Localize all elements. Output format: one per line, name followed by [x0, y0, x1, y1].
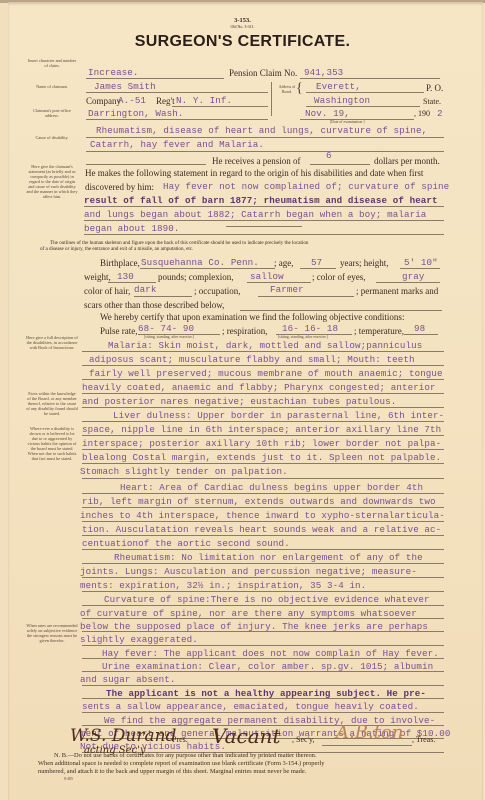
section-divider	[226, 226, 302, 227]
finding-rule	[82, 435, 444, 436]
footer-code: 8-485	[64, 777, 73, 781]
claimant-address-field[interactable]: Darrington, Wash.	[88, 108, 183, 119]
regiment-line	[172, 106, 268, 107]
footer-note-1: N. B.—Do not use backs of certificates f…	[54, 752, 316, 759]
finding-rule	[82, 618, 444, 619]
finding-rule	[82, 591, 444, 592]
claimant-name-line	[86, 92, 268, 93]
years-height-label: years; height,	[340, 258, 389, 268]
margin-note-name: Name of claimant.	[26, 84, 78, 89]
board-city-line	[306, 92, 424, 93]
finding-line[interactable]: centuationof the aortic second sound.	[82, 538, 290, 549]
finding-line[interactable]: Liver dulness: Upper border in parastern…	[113, 410, 444, 421]
skeleton-note-2: of a disease or injury, the entrance and…	[40, 246, 193, 252]
exam-date-caption: [Date of examination.]	[330, 120, 364, 124]
pension-blank-line	[86, 164, 206, 165]
scars-line	[240, 310, 442, 311]
finding-rule	[82, 521, 444, 522]
finding-line[interactable]: joints. Lungs: Ausculation and percussio…	[80, 566, 417, 577]
exam-date-field[interactable]: Nov. 19,	[305, 108, 350, 119]
certify-line: We hereby certify that upon examination …	[100, 312, 404, 322]
pulse-caption: [sitting, standing, after exercise.]	[144, 335, 194, 339]
pension-claim-label: Pension Claim No.	[229, 68, 297, 78]
temperature-field[interactable]: 98	[414, 323, 425, 334]
height-field[interactable]: 5' 10"	[404, 257, 438, 268]
finding-line[interactable]: adiposus scant; musculature flabby and s…	[89, 354, 415, 365]
finding-rule	[82, 577, 444, 578]
complexion-line	[247, 282, 311, 283]
treasurer-signature: A.B.ton	[336, 722, 403, 743]
finding-rule	[82, 393, 444, 394]
scars-label: scars other than those described below,	[84, 300, 224, 310]
board-state-field[interactable]: Washington	[314, 95, 370, 106]
finding-line[interactable]: heavily coated, anaemic and flabby; Phar…	[82, 382, 436, 393]
birthplace-label: Birthplace,	[100, 258, 140, 268]
finding-line[interactable]: Heart: Area of Cardiac dulness begins up…	[120, 482, 423, 493]
hair-label: color of hair,	[84, 286, 130, 296]
pension-claim-line	[300, 78, 440, 79]
margin-note-recommended: When rates are recommended solely on sub…	[26, 623, 78, 643]
temperature-line	[404, 334, 438, 335]
occupation-line	[258, 296, 354, 297]
statement-rule-3	[84, 220, 444, 221]
board-city-field[interactable]: Everett,	[316, 81, 361, 92]
respiration-label: ; respiration,	[222, 326, 268, 336]
margin-note-cause: Cause of disability.	[26, 135, 78, 140]
president-label: Pres.	[172, 735, 188, 744]
finding-rule	[82, 351, 444, 352]
finding-line[interactable]: Rheumatism: No limitation nor enlargemen…	[114, 552, 423, 563]
footer-note-3: numbered, and attach it to the back and …	[38, 768, 306, 775]
header-divider	[271, 82, 272, 116]
finding-rule	[82, 712, 444, 713]
margin-note-facts: Facts within the knowledge of the Board,…	[26, 391, 78, 416]
finding-rule	[82, 631, 444, 632]
complexion-field[interactable]: sallow	[250, 271, 284, 282]
finding-rule	[82, 563, 444, 564]
finding-rule	[82, 407, 444, 408]
address-of-board-label: Address of Board.	[277, 85, 297, 95]
occupation-label: ; occupation,	[194, 286, 241, 296]
company-label: Company	[86, 96, 121, 106]
secretary-signature: Vacant	[212, 724, 281, 748]
hair-field[interactable]: dark	[134, 284, 156, 295]
claimant-name-field[interactable]: James Smith	[94, 81, 156, 92]
finding-rule	[82, 698, 444, 699]
finding-line[interactable]: and posterior nares negative; eustachian…	[82, 396, 396, 407]
occupation-field[interactable]: Farmer	[270, 284, 304, 295]
finding-rule	[82, 449, 444, 450]
finding-line[interactable]: rib, left margin of sternum, extends out…	[82, 496, 436, 507]
finding-rule	[82, 507, 444, 508]
claim-character-field[interactable]: Increase.	[88, 67, 139, 78]
weight-field[interactable]: 130	[117, 271, 134, 282]
brace-left: {	[296, 82, 303, 96]
statement-intro-1: He makes the following statement in rega…	[85, 168, 423, 178]
pension-per-month: dollars per month.	[374, 156, 440, 166]
birthplace-field[interactable]: Susquehanna Co. Penn.	[141, 257, 259, 268]
pension-label: He receives a pension of	[212, 156, 300, 166]
regiment-label: Reg't	[156, 96, 175, 106]
height-line	[400, 268, 440, 269]
board-state-line	[306, 106, 420, 107]
treasurer-label: , Treas.	[412, 735, 435, 744]
finding-rule	[82, 671, 444, 672]
footer-note-2: When additional space is needed to compl…	[38, 760, 324, 767]
weight-line	[108, 282, 156, 283]
eyes-label: ; color of eyes,	[312, 272, 365, 282]
marks-label: ; permanent marks and	[356, 286, 438, 296]
finding-line[interactable]: Curvature of spine:There is no objective…	[104, 594, 430, 605]
claimant-address-line	[86, 119, 268, 120]
finding-line[interactable]: Malaria: Skin moist, dark, mottled and s…	[108, 340, 422, 351]
finding-rule	[82, 605, 444, 606]
finding-rule	[82, 549, 444, 550]
year-prefix: , 190	[414, 109, 430, 118]
cause-line-2[interactable]: Catarrh, hay fever and Malaria.	[90, 139, 264, 150]
age-field[interactable]: 57	[311, 257, 322, 268]
finding-rule	[82, 658, 444, 659]
finding-line[interactable]: slightly exaggerated.	[80, 634, 198, 645]
margin-note-description: Here give a full description of the disa…	[26, 335, 78, 350]
margin-note-vicious-habits: Where ever a disability is shown or is b…	[26, 426, 78, 461]
statement-line-4[interactable]: began about 1890.	[84, 223, 179, 234]
president-signature: W.S. Durand	[70, 726, 176, 746]
hair-line	[134, 296, 192, 297]
finding-line[interactable]: space, nipple line in 6th interspace; an…	[82, 424, 441, 435]
respiration-caption: [sitting, standing, after exercise.]	[278, 335, 328, 339]
page-title: SURGEON'S CERTIFICATE.	[0, 33, 485, 51]
eyes-field[interactable]: gray	[402, 271, 424, 282]
treasurer-line	[322, 745, 412, 746]
age-label: ; age,	[274, 258, 294, 268]
finding-rule	[82, 421, 444, 422]
margin-note-statement: Here give the claimant's statement (as b…	[26, 164, 78, 199]
finding-line[interactable]: and sugar absent.	[80, 674, 175, 685]
regiment-field[interactable]: N. Y. Inf.	[176, 95, 232, 106]
finding-rule	[82, 535, 444, 536]
finding-line[interactable]: sents a sallow appearance, emaciated, to…	[82, 701, 419, 712]
pulse-field[interactable]: 68- 74- 90	[138, 323, 194, 334]
claim-character-line	[86, 78, 224, 79]
statement-rule-4	[84, 234, 444, 235]
margin-note-character: Insert character and number of claim.	[26, 58, 78, 68]
pension-amount[interactable]: 6	[326, 150, 332, 161]
pension-claim-number[interactable]: 941,353	[304, 67, 343, 78]
finding-line[interactable]: interspace; posterior axillary 10th rib;…	[82, 438, 441, 449]
finding-line[interactable]: Stomach slightly tender on palpation.	[80, 466, 288, 477]
finding-line[interactable]: ments: expiration, 32½ in.; inspiration,…	[80, 580, 366, 591]
cause-rule-2	[86, 151, 444, 152]
cause-rule-1	[86, 137, 444, 138]
state-label: State.	[423, 97, 441, 106]
finding-line[interactable]: inches to 4th interspace, thence inward …	[80, 510, 445, 521]
statement-rule-2	[84, 206, 444, 207]
year-field[interactable]: 2	[437, 108, 443, 119]
form-old-number: Old No. 3-311.	[0, 24, 485, 29]
age-line	[300, 268, 336, 269]
finding-line[interactable]: fairly well preserved; mucous membrane o…	[89, 368, 443, 379]
eyes-line	[376, 282, 440, 283]
finding-rule	[82, 379, 444, 380]
margin-note-address: Claimant's post-office address.	[26, 108, 78, 118]
finding-line[interactable]: blealong Costal margin, extends just to …	[82, 452, 441, 463]
cause-line-1[interactable]: Rheumatism, disease of heart and lungs, …	[96, 125, 427, 136]
temperature-label: ; temperature,	[354, 326, 404, 336]
finding-rule	[82, 463, 444, 464]
po-label: P. O.	[426, 83, 443, 93]
weight-label: weight,	[84, 272, 111, 282]
birthplace-line	[140, 268, 275, 269]
form-number: 3-153.	[0, 17, 485, 24]
finding-rule	[82, 365, 444, 366]
statement-line-1[interactable]: Hay fever not now complained of; curvatu…	[163, 181, 449, 192]
secretary-label: , Sec'y,	[292, 735, 314, 744]
finding-rule	[82, 478, 444, 479]
finding-line[interactable]: tion. Ausculatation reveals heart sounds…	[82, 524, 441, 535]
finding-rule	[82, 685, 444, 686]
finding-rule	[82, 493, 444, 494]
complexion-label: pounds; complexion,	[158, 272, 234, 282]
finding-rule	[82, 645, 444, 646]
company-field[interactable]: A.-51	[118, 95, 146, 106]
statement-intro-2: discovered by him:	[85, 182, 154, 192]
statement-line-2[interactable]: result of fall of of barn 1877; rheumati…	[84, 195, 438, 206]
statement-line-3[interactable]: and lungs began about 1882; Catarrh bega…	[84, 209, 426, 220]
pension-amount-line	[310, 164, 370, 165]
pulse-label: Pulse rate,	[100, 326, 138, 336]
respiration-field[interactable]: 16- 16- 18	[282, 323, 338, 334]
